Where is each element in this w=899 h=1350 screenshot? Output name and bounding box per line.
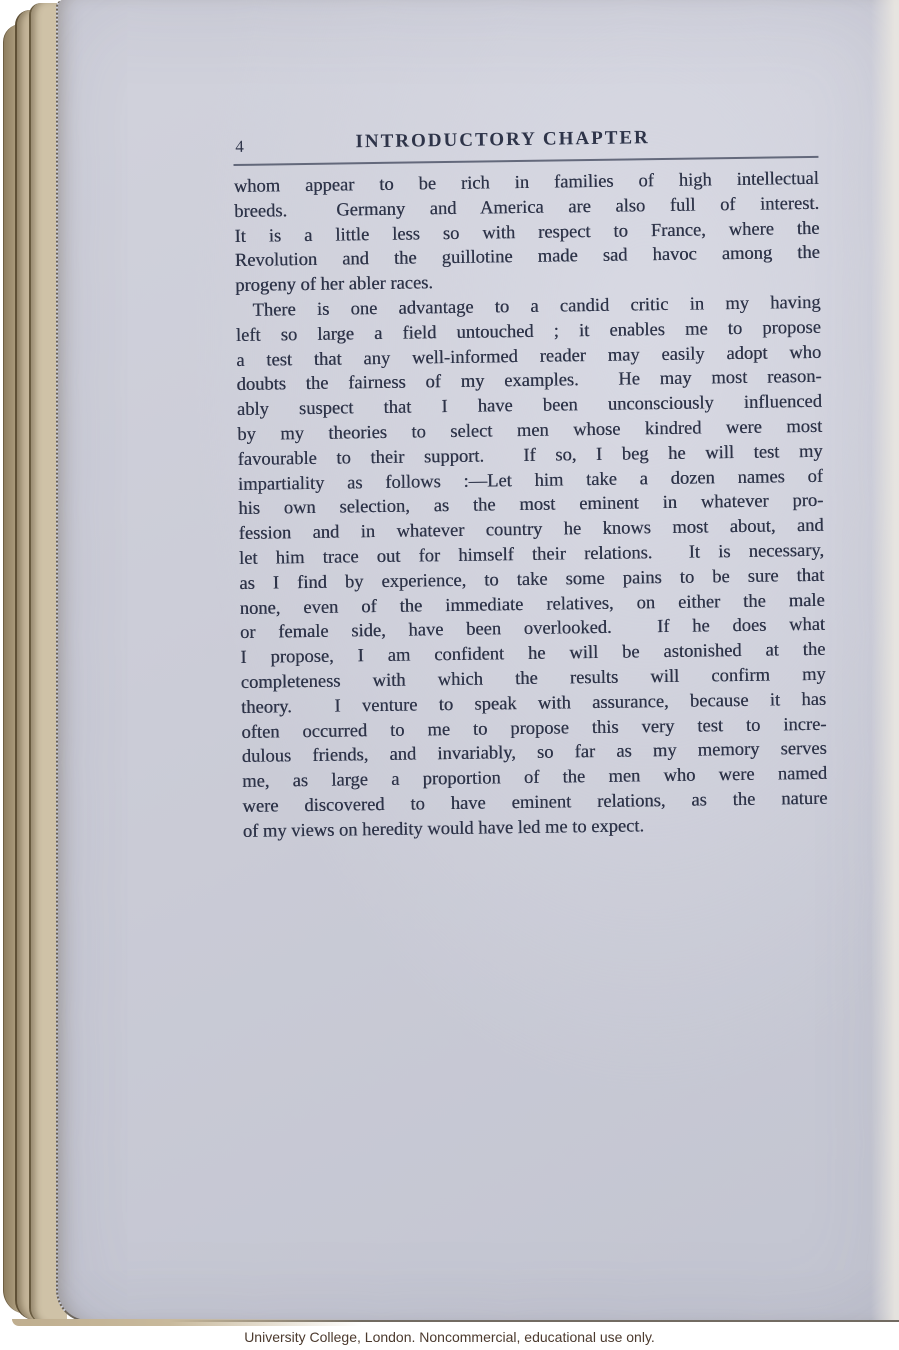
page-fore-edge: [871, 0, 899, 1320]
source-note: University College, London. Noncommercia…: [0, 1326, 899, 1350]
bottom-page-edges: [12, 1319, 362, 1326]
scanned-book-photo: 4 INTRODUCTORY CHAPTER whom appear to be…: [0, 0, 899, 1350]
page-number: 4: [235, 137, 244, 157]
body-text: whom appear to be rich in families of hi…: [234, 167, 828, 845]
book: 4 INTRODUCTORY CHAPTER whom appear to be…: [0, 0, 899, 1326]
printed-content: 4 INTRODUCTORY CHAPTER whom appear to be…: [233, 120, 828, 845]
